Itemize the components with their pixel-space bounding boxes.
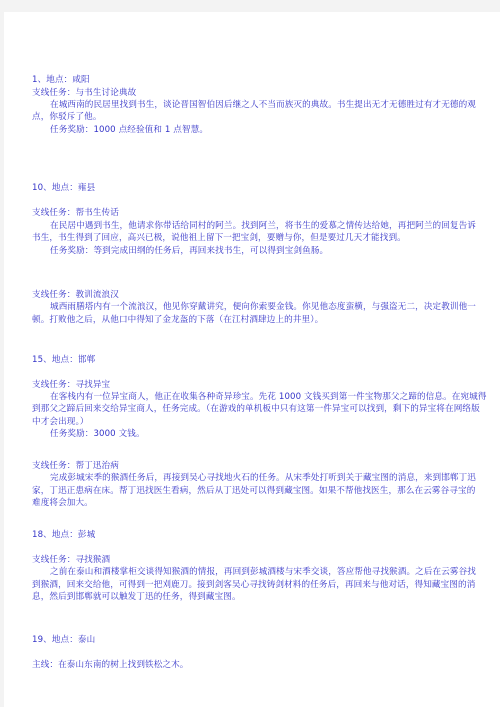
quest-reward: 任务奖励：1000 点经验值和 1 点智慧。 bbox=[50, 124, 208, 136]
quest-body-line: 书生，书生得到了回应，高兴已极，说他祖上留下一把宝剑，要赠与你，但是要过几天才能… bbox=[32, 232, 406, 244]
quest-title: 支线任务：帮丁迅治病 bbox=[32, 460, 119, 472]
quest-body-line: 城西雨膳塔内有一个流浪汉，他见你穿戴讲究，便向你索要金钱。你见他态度蛮横，与强盗… bbox=[50, 301, 476, 313]
quest-body-line: 在民居中遇到书生，他请求你带话给同村的阿兰。找到阿兰，将书生的爱慕之情传达给她，… bbox=[50, 220, 476, 232]
quest-reward: 任务奖励：等到完成田纲的任务后，再回来找书生，可以得到宝剑鱼肠。 bbox=[50, 245, 328, 257]
quest-body-line: 在客栈内有一位异宝商人，他正在收集各种奇异珍宝。先花 1000 文钱买到第一件宝… bbox=[50, 391, 487, 403]
quest-title: 支线任务：帮书生传话 bbox=[32, 207, 119, 219]
location-heading: 19、地点：泰山 bbox=[32, 634, 95, 646]
quest-title: 支线任务：教训流浪汉 bbox=[32, 289, 119, 301]
quest-body-line: 顿。打败他之后，从他口中得知了金龙盔的下落（在江村酒肆边上的井里）。 bbox=[32, 314, 323, 326]
quest-body-line: 中才会出现。） bbox=[32, 416, 89, 428]
quest-body-line: 难度将会加大。 bbox=[32, 497, 93, 509]
quest-reward: 任务奖励：3000 文钱。 bbox=[50, 428, 145, 440]
location-heading: 1、地点：咸阳 bbox=[32, 74, 90, 86]
location-heading: 18、地点：彭城 bbox=[32, 529, 95, 541]
location-heading: 10、地点：雍县 bbox=[32, 182, 95, 194]
quest-body-line: 完成彭城宋季的猴酒任务后，再接到吴心寻找地火石的任务。从宋季处打听到关于藏宝图的… bbox=[50, 472, 476, 484]
quest-body-line: 在城西南的民居里找到书生，谈论晋国智伯因后继之人不当而族灭的典故。书生提出无才无… bbox=[50, 99, 476, 111]
quest-title: 支线任务：寻找异宝 bbox=[32, 379, 110, 391]
quest-body-line: 点，你驳斥了他。 bbox=[32, 111, 102, 123]
main-quest: 主线：在泰山东南的树上找到铁松之木。 bbox=[32, 659, 189, 671]
location-heading: 15、地点：邯郸 bbox=[32, 354, 95, 366]
quest-title: 支线任务：与书生讨论典故 bbox=[32, 87, 136, 99]
quest-body-line: 之前在泰山和酒楼掌柜交谈得知猴酒的情报，再回到彭城酒楼与宋季交谈，答应帮他寻找猴… bbox=[50, 566, 476, 578]
quest-body-line: 家，丁迅正患病在床。帮丁迅找医生看病，然后从丁迅处可以得到藏宝图。如果不帮他找医… bbox=[32, 485, 475, 497]
quest-title: 支线任务：寻找猴酒 bbox=[32, 554, 110, 566]
document-page: 1、地点：咸阳 支线任务：与书生讨论典故 在城西南的民居里找到书生，谈论晋国智伯… bbox=[4, 12, 500, 707]
quest-body-line: 到猴酒，回来交给他，可得到一把刈鹿刀。接到剑客吴心寻找铸剑材料的任务后，再回来与… bbox=[32, 579, 475, 591]
quest-body-line: 到那父之蹄后回来交给异宝商人，任务完成。（在游戏的单机板中只有这第一件异宝可以找… bbox=[32, 403, 480, 415]
quest-body-line: 息，然后到邯郸就可以触发丁迅的任务，得到藏宝图。 bbox=[32, 591, 241, 603]
